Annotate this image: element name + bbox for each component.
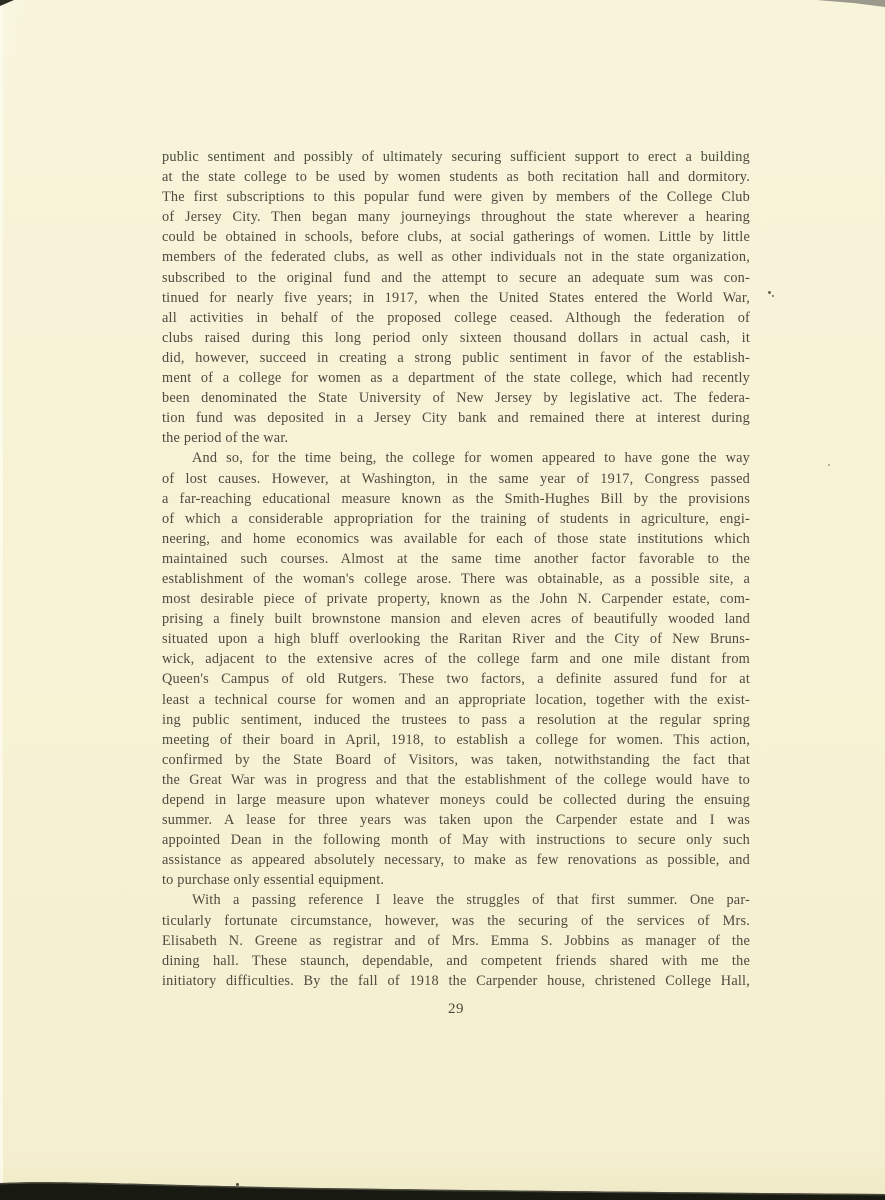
text-line: situated upon a high bluff overlooking t…: [162, 629, 750, 649]
text-line: public sentiment and possibly of ultimat…: [162, 147, 750, 167]
text-line: at the state college to be used by women…: [162, 167, 750, 187]
text-line: did, however, succeed in creating a stro…: [162, 348, 750, 368]
text-line: The first subscriptions to this popular …: [162, 187, 750, 207]
text-line: members of the federated clubs, as well …: [162, 247, 750, 267]
ink-speck: [772, 295, 774, 297]
text-line: ing public sentiment, induced the truste…: [162, 710, 750, 730]
text-line: of lost causes. However, at Washington, …: [162, 469, 750, 489]
text-line: the Great War was in progress and that t…: [162, 770, 750, 790]
text-line: a far-reaching educational measure known…: [162, 489, 750, 509]
text-line: all activities in behalf of the proposed…: [162, 308, 750, 328]
text-line: summer. A lease for three years was take…: [162, 810, 750, 830]
scan-bottom-edge: [0, 1176, 885, 1200]
text-line: ment of a college for women as a departm…: [162, 368, 750, 388]
text-line: to purchase only essential equipment.: [162, 870, 750, 890]
text-line: least a technical course for women and a…: [162, 690, 750, 710]
text-line: the period of the war.: [162, 428, 750, 448]
text-line: wick, adjacent to the extensive acres of…: [162, 649, 750, 669]
text-line: With a passing reference I leave the str…: [162, 890, 750, 910]
text-line: establishment of the woman's college aro…: [162, 569, 750, 589]
text-line: meeting of their board in April, 1918, t…: [162, 730, 750, 750]
text-line: And so, for the time being, the college …: [162, 448, 750, 468]
text-line: depend in large measure upon whatever mo…: [162, 790, 750, 810]
page-left-edge: [0, 0, 3, 1200]
book-page-scan: public sentiment and possibly of ultimat…: [0, 0, 885, 1200]
text-line: maintained such courses. Almost at the s…: [162, 549, 750, 569]
text-line: assistance as appeared absolutely necess…: [162, 850, 750, 870]
text-line: neering, and home economics was availabl…: [162, 529, 750, 549]
text-line: initiatory difficulties. By the fall of …: [162, 971, 750, 991]
ink-speck: [828, 464, 830, 466]
text-line: clubs raised during this long period onl…: [162, 328, 750, 348]
text-block: public sentiment and possibly of ultimat…: [162, 147, 750, 991]
text-line: confirmed by the State Board of Visitors…: [162, 750, 750, 770]
text-line: Elisabeth N. Greene as registrar and of …: [162, 931, 750, 951]
text-line: tinued for nearly five years; in 1917, w…: [162, 288, 750, 308]
text-line: most desirable piece of private property…: [162, 589, 750, 609]
text-line: of which a considerable appropriation fo…: [162, 509, 750, 529]
text-line: prising a finely built brownstone mansio…: [162, 609, 750, 629]
text-line: ticularly fortunate circumstance, howeve…: [162, 911, 750, 931]
text-line: tion fund was deposited in a Jersey City…: [162, 408, 750, 428]
ink-speck: [768, 291, 771, 294]
text-line: dining hall. These staunch, dependable, …: [162, 951, 750, 971]
scan-corner-shadow-top-right: [817, 0, 885, 7]
text-line: could be obtained in schools, before clu…: [162, 227, 750, 247]
text-line: of Jersey City. Then began many journeyi…: [162, 207, 750, 227]
text-line: been denominated the State University of…: [162, 388, 750, 408]
text-line: subscribed to the original fund and the …: [162, 268, 750, 288]
text-line: Queen's Campus of old Rutgers. These two…: [162, 669, 750, 689]
text-line: appointed Dean in the following month of…: [162, 830, 750, 850]
page-number: 29: [162, 1001, 750, 1018]
